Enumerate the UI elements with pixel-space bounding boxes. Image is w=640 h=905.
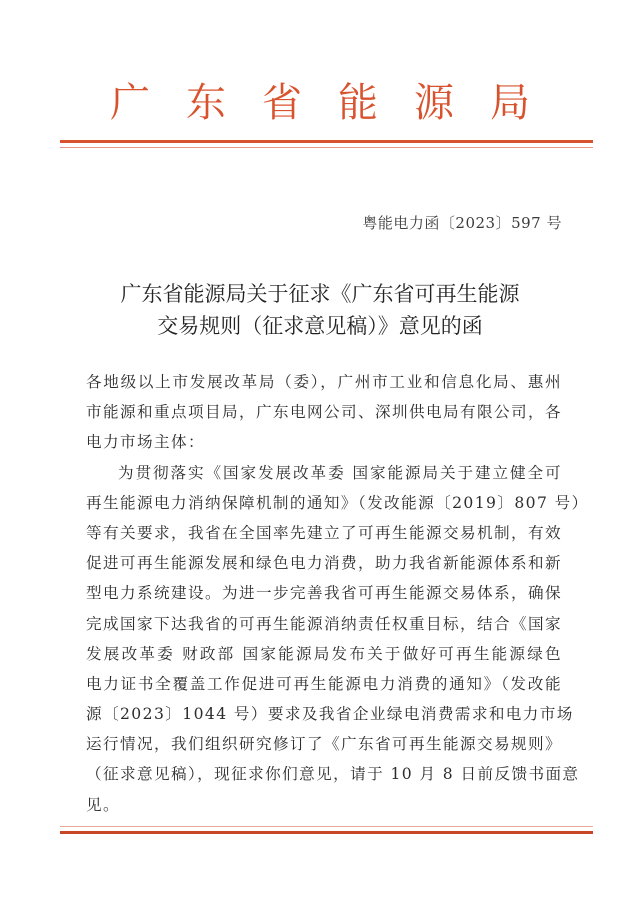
header-red-rule-thin <box>60 147 593 148</box>
footer-red-rule-thin <box>60 826 593 827</box>
addressee-line: 电力市场主体： <box>86 427 562 457</box>
body-line: 源〔2023〕1044 号）要求及我省企业绿电消费需求和电力市场 <box>86 699 562 729</box>
body-line: 型电力系统建设。为进一步完善我省可再生能源交易体系，确保 <box>86 578 562 608</box>
masthead-char: 广 <box>110 78 150 128</box>
issuing-authority-masthead: 广东省能源局 <box>0 78 640 128</box>
footer-red-rule-thick <box>60 831 593 834</box>
masthead-char: 能 <box>338 78 378 128</box>
body-line: 再生能源电力消纳保障机制的通知》（发改能源〔2019〕807 号） <box>86 488 562 518</box>
body-line: 电力证书全覆盖工作促进可再生能源电力消费的通知》（发改能 <box>86 669 562 699</box>
addressee-line: 市能源和重点项目局，广东电网公司、深圳供电局有限公司，各 <box>86 397 562 427</box>
header-red-rule-thick <box>60 140 593 143</box>
title-line: 广东省能源局关于征求《广东省可再生能源 <box>0 278 640 310</box>
body-line: 为贯彻落实《国家发展改革委 国家能源局关于建立健全可 <box>86 458 562 488</box>
masthead-char: 源 <box>414 78 454 128</box>
body-line: 等有关要求，我省在全国率先建立了可再生能源交易机制，有效 <box>86 518 562 548</box>
body-line: 促进可再生能源发展和绿色电力消费，助力我省新能源体系和新 <box>86 548 562 578</box>
masthead-char: 局 <box>490 78 530 128</box>
body-line: 见。 <box>86 790 562 820</box>
document-body: 各地级以上市发展改革局（委），广州市工业和信息化局、惠州 市能源和重点项目局，广… <box>86 367 562 820</box>
body-line: （征求意见稿），现征求你们意见，请于 10 月 8 日前反馈书面意 <box>86 759 562 789</box>
body-line: 发展改革委 财政部 国家能源局发布关于做好可再生能源绿色 <box>86 639 562 669</box>
document-title: 广东省能源局关于征求《广东省可再生能源 交易规则（征求意见稿）》意见的函 <box>0 278 640 342</box>
title-line: 交易规则（征求意见稿）》意见的函 <box>0 310 640 342</box>
masthead-char: 东 <box>186 78 226 128</box>
masthead-char: 省 <box>262 78 302 128</box>
document-number: 粤能电力函〔2023〕597 号 <box>362 212 562 234</box>
body-line: 运行情况，我们组织研究修订了《广东省可再生能源交易规则》 <box>86 729 562 759</box>
addressee-line: 各地级以上市发展改革局（委），广州市工业和信息化局、惠州 <box>86 367 562 397</box>
body-line: 完成国家下达我省的可再生能源消纳责任权重目标，结合《国家 <box>86 609 562 639</box>
